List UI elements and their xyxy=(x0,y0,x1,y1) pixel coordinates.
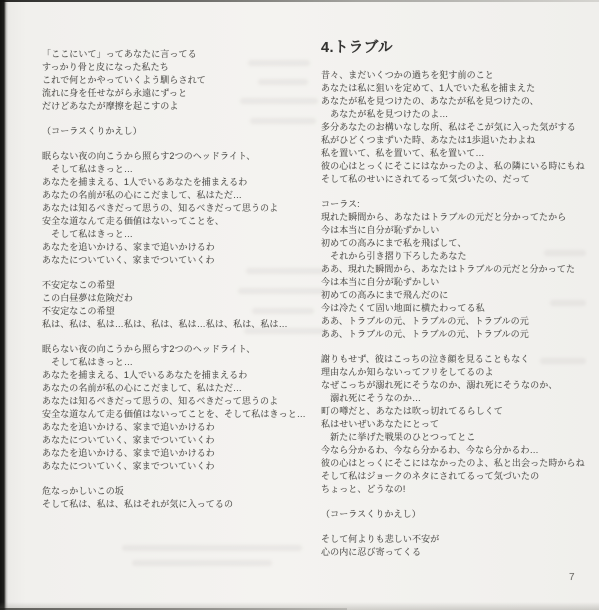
lyric-line: あなたについていく、家までついていくわ xyxy=(42,460,316,473)
lyric-line: そして私はきっと… xyxy=(42,163,316,176)
lyric-line: あなたが私を見つけたの、あなたが私を見つけたの、 xyxy=(321,95,595,108)
lyric-line: そして私は、私は、私はそれが気に入ってるの xyxy=(42,498,316,511)
track-title: 4.トラブル xyxy=(321,42,595,55)
lyric-line: 危なっかしいこの坂 xyxy=(42,485,316,498)
lyric-line: そして私はジョークのネタにされてるって気づいたの xyxy=(321,470,595,483)
lyric-line: この白昼夢は危険だわ xyxy=(42,292,316,305)
lyric-line: 私がひどくつまずいた時、あなたは1歩退いたわよね xyxy=(321,134,595,147)
lyric-line: 彼の心はとっくにそこにはなかったのよ、私と出会った時からね xyxy=(321,457,595,470)
lyric-stanza: 謝りもせず、彼はこっちの泣き顔を見ることもなく理由なんか知らないってフリをしてる… xyxy=(321,353,595,496)
lyric-stanza: （コーラスくりかえし） xyxy=(321,508,595,521)
lyric-line: 私はせいぜいあなたにとって xyxy=(321,418,595,431)
lyric-line: あなたを追いかける、家まで追いかけるわ xyxy=(42,421,316,434)
lyric-stanza: 不安定なこの希望この白昼夢は危険だわ不安定なこの希望私は、私は、私は…私は、私は… xyxy=(42,279,316,331)
lyric-line: だけどあなたが摩擦を起こすのよ xyxy=(42,100,316,113)
lyric-stanza: 眠らない夜の向こうから照らす2つのヘッドライト、 そして私はきっと…あなたを捕ま… xyxy=(42,343,316,473)
print-through-mark xyxy=(132,560,272,566)
scan-edge-top xyxy=(0,0,599,2)
lyric-line: 「ここにいて」ってあなたに言ってる xyxy=(42,48,316,61)
lyric-line: 初めての高みにまで私を飛ばして、 xyxy=(321,237,595,250)
lyric-line: あなたが私を見つけたのよ… xyxy=(321,108,595,121)
lyric-line: 私は、私は、私は…私は、私は、私は…私は、私は、私は… xyxy=(42,318,316,331)
lyric-line: （コーラスくりかえし） xyxy=(42,125,316,138)
lyric-line: 今は本当に自分が恥ずかしい xyxy=(321,224,595,237)
lyric-line: 溺れ死にそうなのか… xyxy=(321,392,595,405)
lyric-line: 新たに挙げた戦果のひとつってとこ xyxy=(321,431,595,444)
lyric-line: ああ、トラブルの元、トラブルの元、トラブルの元 xyxy=(321,328,595,341)
lyric-line: 心の内に忍び寄ってくる xyxy=(321,546,595,559)
lyric-line: 安全な道なんて走る価値はないってことを、 xyxy=(42,215,316,228)
lyric-line: これで何とかやっていくよう馴らされて xyxy=(42,74,316,87)
lyric-line: 今なら分かるわ、今なら分かるわ、今なら分かるわ… xyxy=(321,444,595,457)
lyric-line: あなたは知るべきだって思うの、知るべきだって思うのよ xyxy=(42,395,316,408)
lyric-line: そして私のせいにされてるって気づいたの、だって xyxy=(321,173,595,186)
lyrics-column-left: 「ここにいて」ってあなたに言ってるすっかり骨と皮になった私たちこれで何とかやって… xyxy=(42,48,316,523)
lyric-line: 現れた瞬間から、あなたはトラブルの元だと分かってたから xyxy=(321,211,595,224)
lyric-stanza: 危なっかしいこの坂そして私は、私は、私はそれが気に入ってるの xyxy=(42,485,316,511)
lyric-line: あなたを追いかける、家まで追いかけるわ xyxy=(42,447,316,460)
lyric-line: あなたについていく、家までついていくわ xyxy=(42,254,316,267)
lyric-line: 今は冷たくて固い地面に横たわってる私 xyxy=(321,302,595,315)
lyric-line: あなたの名前が私の心にこだまして、私はただ… xyxy=(42,382,316,395)
lyrics-column-right: 4.トラブル 昔々、まだいくつかの過ちを犯す前のことあなたは私に狙いを定めて、1… xyxy=(321,42,595,571)
scan-edge-left xyxy=(0,0,8,610)
lyric-line: そして私はきっと… xyxy=(42,356,316,369)
lyric-line: 謝りもせず、彼はこっちの泣き顔を見ることもなく xyxy=(321,353,595,366)
print-through-mark xyxy=(122,545,302,551)
lyric-stanza: 眠らない夜の向こうから照らす2つのヘッドライト、 そして私はきっと…あなたを捕ま… xyxy=(42,150,316,267)
lyric-line: そして私はきっと… xyxy=(42,228,316,241)
lyric-line: あなたの名前が私の心にこだまして、私はただ… xyxy=(42,189,316,202)
page-number: 7 xyxy=(569,572,575,583)
lyric-line: 流れに身を任せながら永遠にずっと xyxy=(42,87,316,100)
lyric-stanza: そして何よりも悲しい不安が心の内に忍び寄ってくる xyxy=(321,533,595,559)
lyric-line: 私を置いて、私を置いて、私を置いて… xyxy=(321,147,595,160)
lyric-line: あなたは私に狙いを定めて、1人でいた私を捕まえた xyxy=(321,82,595,95)
lyric-line: ちょっと、どうなの! xyxy=(321,483,595,496)
lyric-line: 今は本当に自分が恥ずかしい xyxy=(321,276,595,289)
lyric-line: 眠らない夜の向こうから照らす2つのヘッドライト、 xyxy=(42,150,316,163)
lyric-line: あなたを捕まえる、1人でいるあなたを捕まえるわ xyxy=(42,369,316,382)
lyric-line: 不安定なこの希望 xyxy=(42,305,316,318)
lyric-line: 理由なんか知らないってフリをしてるのよ xyxy=(321,366,595,379)
lyric-line: あなたを捕まえる、1人でいるあなたを捕まえるわ xyxy=(42,176,316,189)
lyric-line: なぜこっちが溺れ死にそうなのか、溺れ死にそうなのか、 xyxy=(321,379,595,392)
lyric-line: 昔々、まだいくつかの過ちを犯す前のこと xyxy=(321,69,595,82)
lyric-line: あなたは知るべきだって思うの、知るべきだって思うのよ xyxy=(42,202,316,215)
lyric-line: ああ、トラブルの元、トラブルの元、トラブルの元 xyxy=(321,315,595,328)
lyric-line: それから引き摺り下ろしたあなた xyxy=(321,250,595,263)
lyric-line: 多分あなたのお構いなしな所、私はそこが気に入った気がする xyxy=(321,121,595,134)
lyric-line: 眠らない夜の向こうから照らす2つのヘッドライト、 xyxy=(42,343,316,356)
lyric-stanza: 昔々、まだいくつかの過ちを犯す前のことあなたは私に狙いを定めて、1人でいた私を捕… xyxy=(321,69,595,186)
lyric-stanza: （コーラスくりかえし） xyxy=(42,125,316,138)
lyric-line: あなたを追いかける、家まで追いかけるわ xyxy=(42,241,316,254)
lyric-stanza: 「ここにいて」ってあなたに言ってるすっかり骨と皮になった私たちこれで何とかやって… xyxy=(42,48,316,113)
lyric-line: コーラス: xyxy=(321,198,595,211)
lyric-line: 初めての高みにまで飛んだのに xyxy=(321,289,595,302)
lyric-line: 彼の心はとっくにそこにはなかったのよ、私の隣にいる時にもね xyxy=(321,160,595,173)
lyric-line: （コーラスくりかえし） xyxy=(321,508,595,521)
lyrics-stanzas-left: 「ここにいて」ってあなたに言ってるすっかり骨と皮になった私たちこれで何とかやって… xyxy=(42,48,316,511)
lyrics-stanzas-right: 昔々、まだいくつかの過ちを犯す前のことあなたは私に狙いを定めて、1人でいた私を捕… xyxy=(321,69,595,559)
lyric-line: すっかり骨と皮になった私たち xyxy=(42,61,316,74)
lyric-stanza: コーラス:現れた瞬間から、あなたはトラブルの元だと分かってたから今は本当に自分が… xyxy=(321,198,595,341)
scanned-booklet-page: 「ここにいて」ってあなたに言ってるすっかり骨と皮になった私たちこれで何とかやって… xyxy=(0,0,599,610)
lyric-line: ああ、現れた瞬間から、あなたはトラブルの元だと分かってた xyxy=(321,263,595,276)
lyric-line: あなたについていく、家までついていくわ xyxy=(42,434,316,447)
lyric-line: 町の噂だと、あなたは吹っ切れてるらしくて xyxy=(321,405,595,418)
lyric-line: 不安定なこの希望 xyxy=(42,279,316,292)
lyric-line: 安全な道なんて走る価値はないってことを、そして私はきっと… xyxy=(42,408,316,421)
lyric-line: そして何よりも悲しい不安が xyxy=(321,533,595,546)
